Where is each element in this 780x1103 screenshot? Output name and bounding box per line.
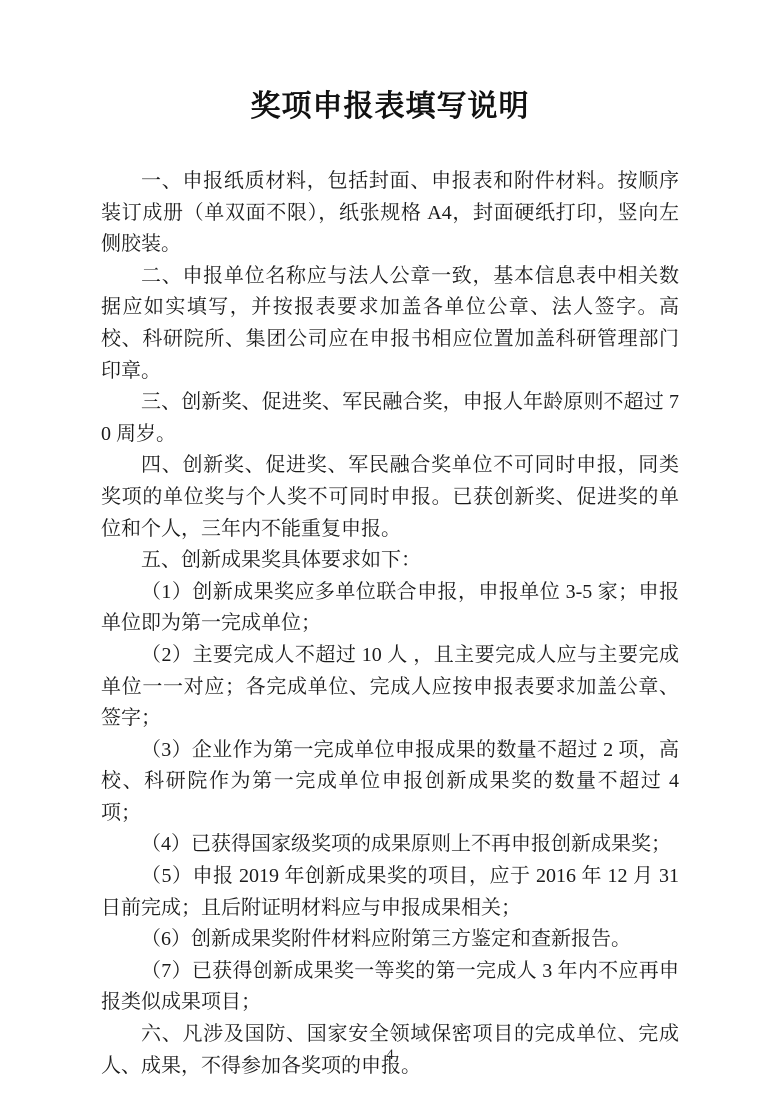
paragraph-2: 二、申报单位名称应与法人公章一致，基本信息表中相关数据应如实填写，并按报表要求加… [101,261,679,387]
paragraph-1: 一、申报纸质材料，包括封面、申报表和附件材料。按顺序装订成册（单双面不限），纸张… [101,166,679,261]
paragraph-item-3: （3）企业作为第一完成单位申报成果的数量不超过 2 项，高校、科研院作为第一完成… [101,735,679,830]
page-footer: 4 [0,1046,780,1064]
paragraph-item-7: （7）已获得创新成果奖一等奖的第一完成人 3 年内不应再申报类似成果项目； [101,956,679,1019]
paragraph-item-6: （6）创新成果奖附件材料应附第三方鉴定和查新报告。 [101,924,679,956]
paragraph-3: 三、创新奖、促进奖、军民融合奖，申报人年龄原则不超过 70 周岁。 [101,387,679,450]
paragraph-item-1: （1）创新成果奖应多单位联合申报，申报单位 3-5 家；申报单位即为第一完成单位… [101,577,679,640]
paragraph-4: 四、创新奖、促进奖、军民融合奖单位不可同时申报，同类奖项的单位奖与个人奖不可同时… [101,450,679,545]
document-body: 一、申报纸质材料，包括封面、申报表和附件材料。按顺序装订成册（单双面不限），纸张… [101,166,679,1082]
paragraph-5: 五、创新成果奖具体要求如下： [101,545,679,577]
page-number: 4 [386,1047,394,1063]
page-title: 奖项申报表填写说明 [0,88,780,126]
paragraph-item-4: （4）已获得国家级奖项的成果原则上不再申报创新成果奖； [101,829,679,861]
paragraph-item-2: （2）主要完成人不超过 10 人 ，且主要完成人应与主要完成单位一一对应；各完成… [101,640,679,735]
document-page: 奖项申报表填写说明 一、申报纸质材料，包括封面、申报表和附件材料。按顺序装订成册… [0,0,780,1103]
paragraph-item-5: （5）申报 2019 年创新成果奖的项目，应于 2016 年 12 月 31 日… [101,861,679,924]
